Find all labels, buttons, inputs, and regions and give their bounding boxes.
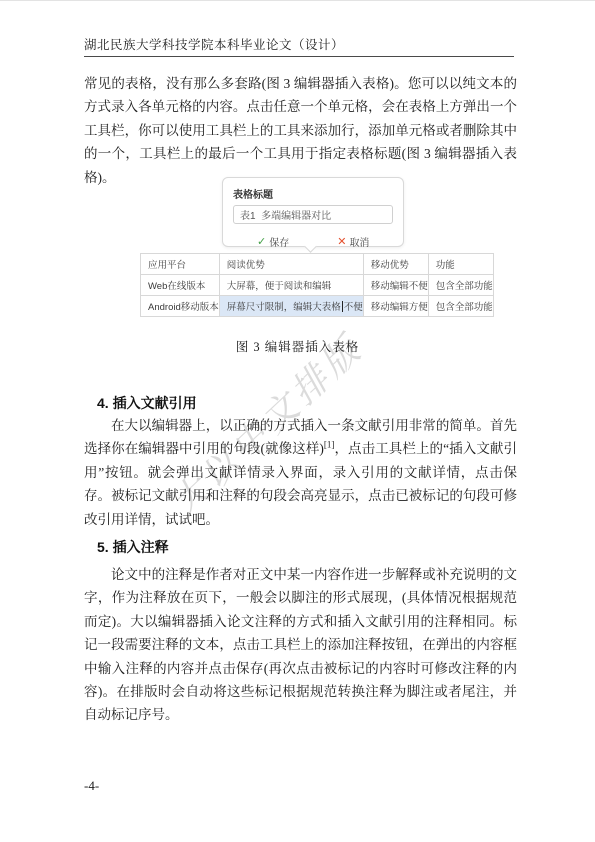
- cancel-button[interactable]: ✕ 取消: [337, 234, 369, 249]
- table-cell[interactable]: 包含全部功能: [428, 296, 493, 317]
- table-cell[interactable]: 移动编辑不便: [363, 275, 428, 296]
- cell-text-before-caret: 屏幕尺寸限制，编辑大表格: [227, 302, 341, 313]
- section-heading-5: 5. 插入注释: [97, 537, 169, 557]
- x-icon: ✕: [337, 235, 346, 248]
- figure-caption: 图 3 编辑器插入表格: [0, 337, 595, 355]
- cell-text-after-caret: 不便: [344, 302, 363, 313]
- table-cell[interactable]: Web在线版本: [141, 275, 220, 296]
- table-cell[interactable]: 大屏幕，便于阅读和编辑: [219, 275, 363, 296]
- header-title: 湖北民族大学科技学院本科毕业论文（设计）: [84, 38, 344, 52]
- popup-label: 表格标题: [233, 186, 393, 201]
- text-cursor: [342, 301, 343, 312]
- citation-superscript: [1]: [324, 440, 335, 450]
- table-title-popup: 表格标题 ✓ 保存 ✕ 取消: [222, 177, 404, 247]
- running-header: 湖北民族大学科技学院本科毕业论文（设计）: [84, 35, 514, 57]
- table-cell[interactable]: 包含全部功能: [428, 275, 493, 296]
- cancel-button-label: 取消: [349, 234, 369, 249]
- table-header-row: 应用平台 阅读优势 移动优势 功能: [141, 254, 494, 275]
- comparison-table: 应用平台 阅读优势 移动优势 功能 Web在线版本 大屏幕，便于阅读和编辑 移动…: [140, 253, 494, 317]
- table-cell[interactable]: 移动编辑方便: [363, 296, 428, 317]
- table-row: Android移动版本 屏幕尺寸限制，编辑大表格不便 移动编辑方便 包含全部功能: [141, 296, 494, 317]
- body-paragraph-3: 论文中的注释是作者对正文中某一内容作进一步解释或补充说明的文字，作为注释放在页下…: [84, 563, 517, 727]
- table-title-input[interactable]: [233, 205, 393, 224]
- table-cell[interactable]: Android移动版本: [141, 296, 220, 317]
- table-row: Web在线版本 大屏幕，便于阅读和编辑 移动编辑不便 包含全部功能: [141, 275, 494, 296]
- table-header-cell[interactable]: 移动优势: [363, 254, 428, 275]
- check-icon: ✓: [257, 235, 266, 248]
- table-header-cell[interactable]: 应用平台: [141, 254, 220, 275]
- table-cell-selected[interactable]: 屏幕尺寸限制，编辑大表格不便: [219, 296, 363, 317]
- page-number: -4-: [84, 778, 99, 794]
- body-paragraph-1: 常见的表格，没有那么多套路(图 3 编辑器插入表格)。您可以以纯文本的方式录入各…: [84, 72, 517, 189]
- section-heading-4: 4. 插入文献引用: [97, 393, 197, 413]
- table-header-cell[interactable]: 功能: [428, 254, 493, 275]
- document-page: 湖北民族大学科技学院本科毕业论文（设计） 大以中文排版 常见的表格，没有那么多套…: [0, 0, 595, 842]
- save-button[interactable]: ✓ 保存: [257, 234, 289, 249]
- save-button-label: 保存: [269, 234, 289, 249]
- table-header-cell[interactable]: 阅读优势: [219, 254, 363, 275]
- body-paragraph-2: 在大以编辑器上，以正确的方式插入一条文献引用非常的简单。首先选择你在编辑器中引用…: [84, 414, 517, 531]
